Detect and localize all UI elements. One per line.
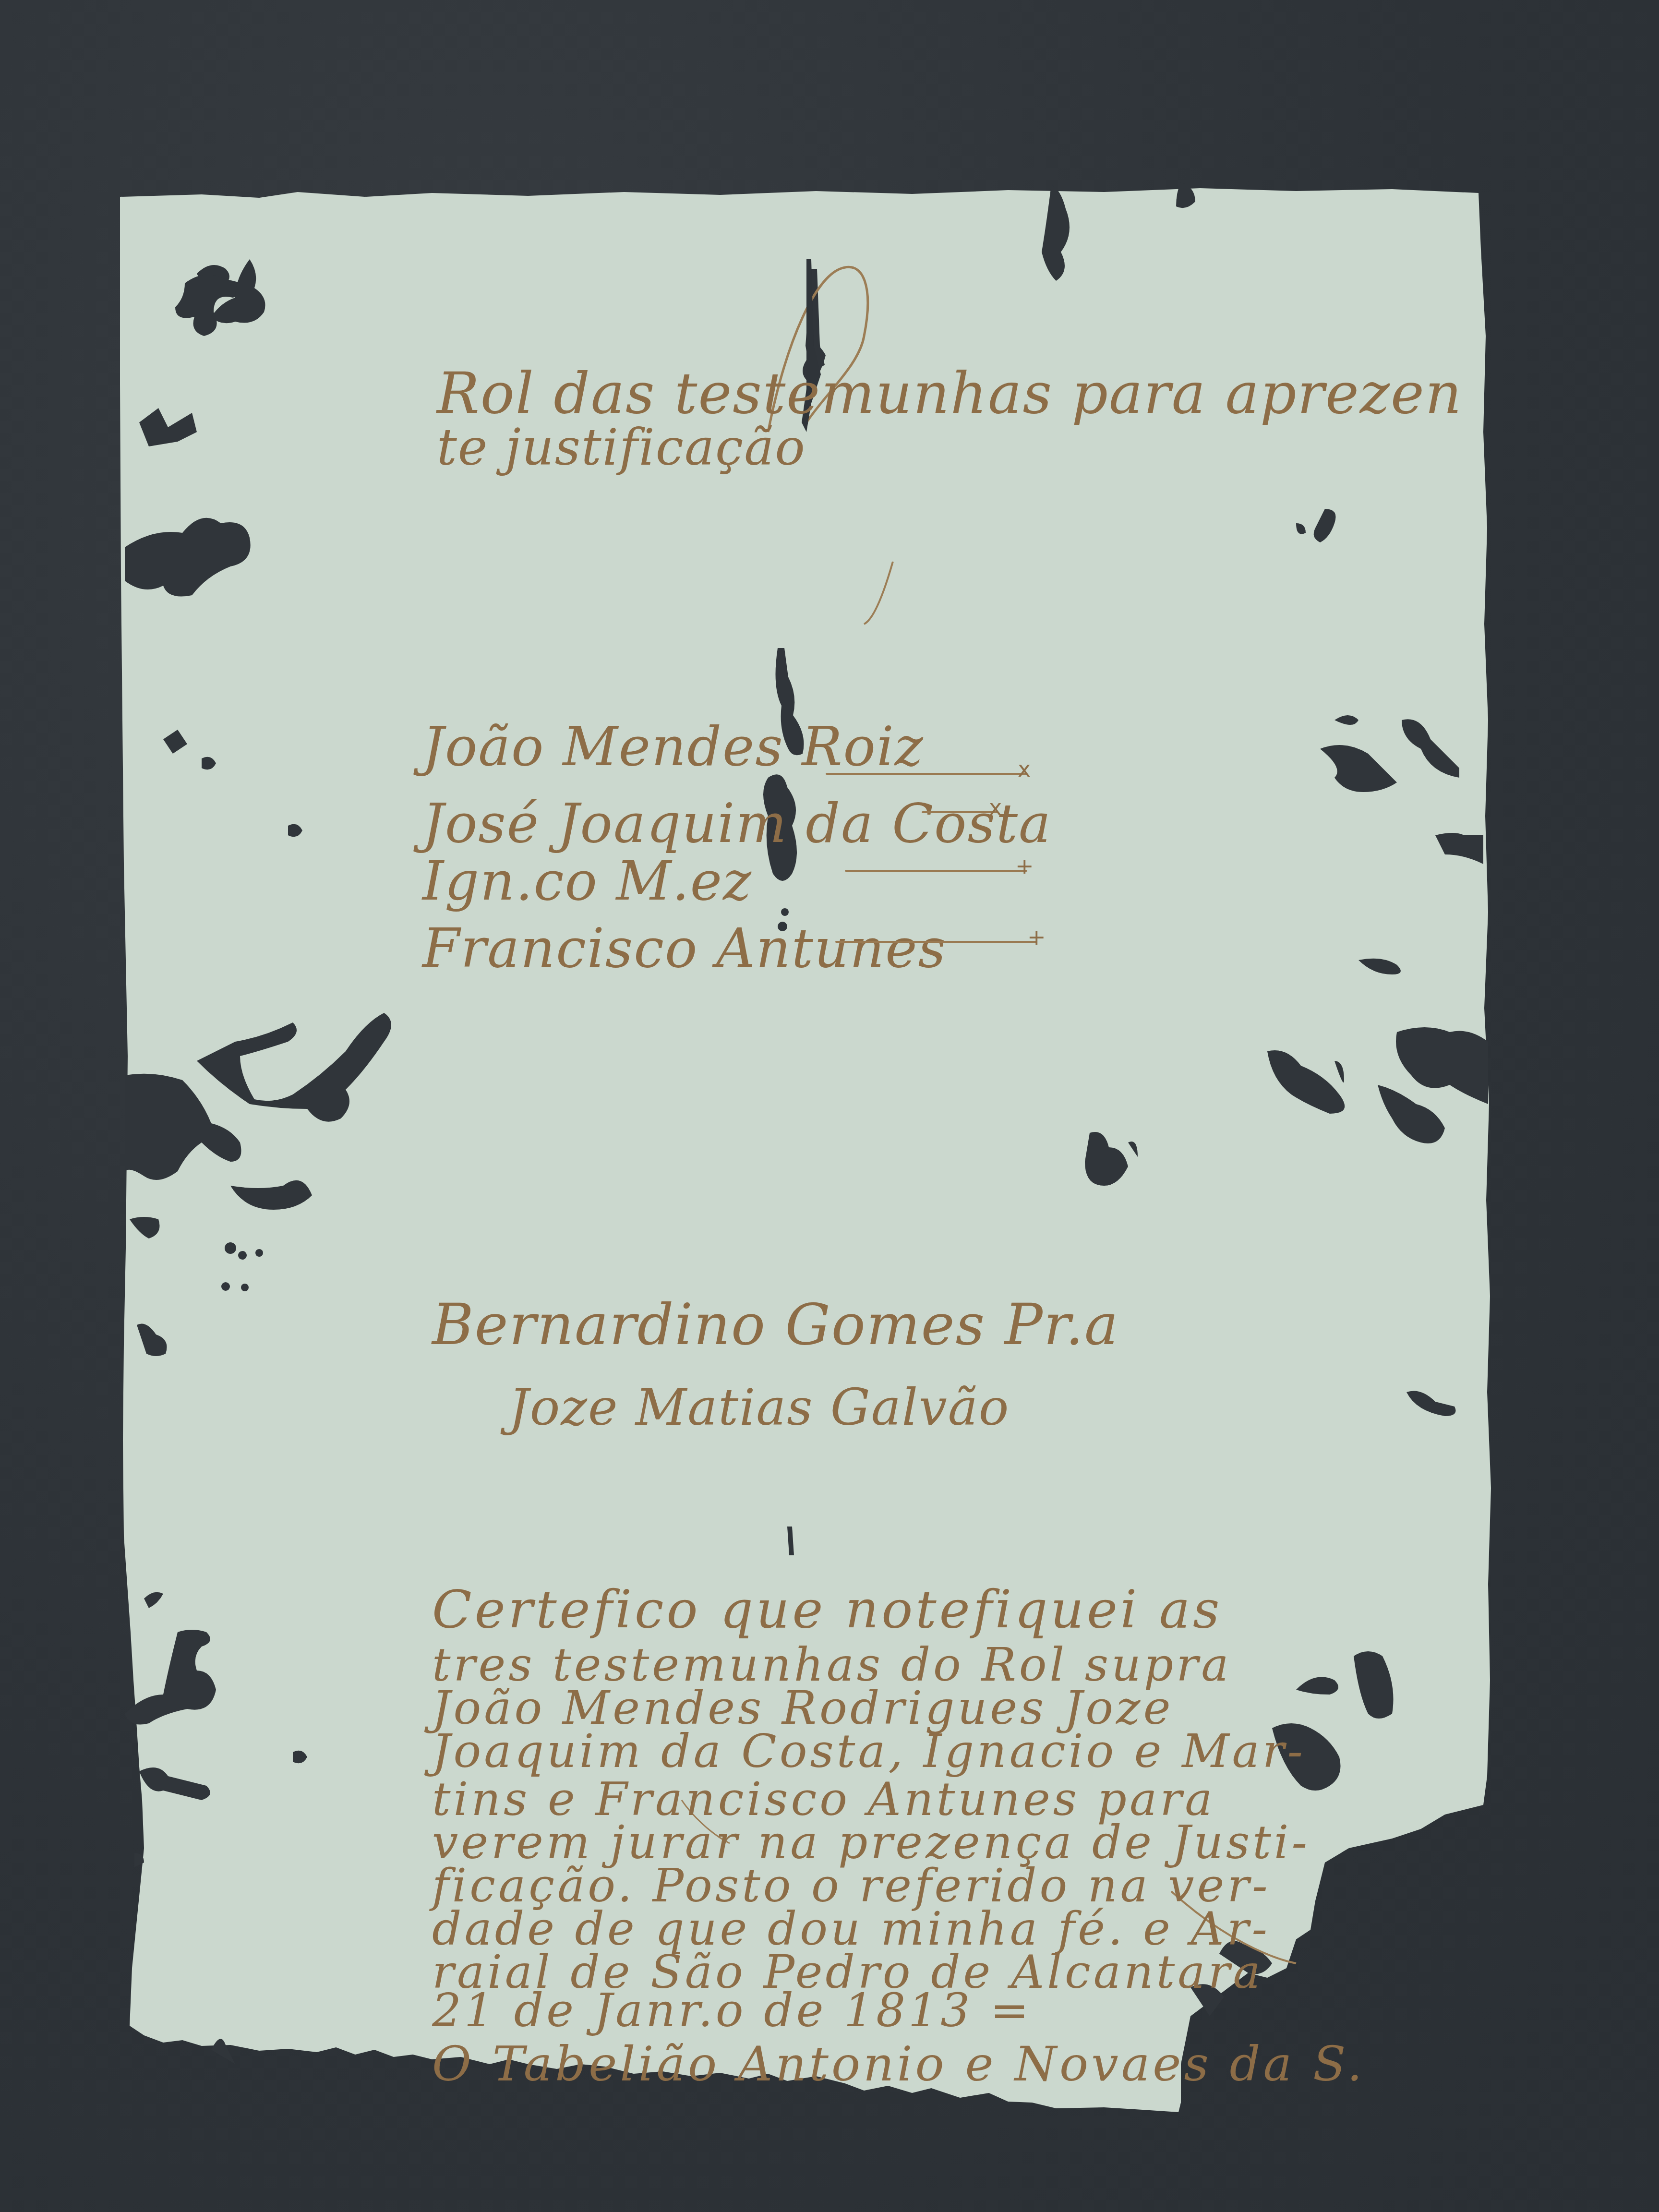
witness-1-name: João Mendes Roiz [422, 720, 924, 774]
witness-1-mark: x [1018, 756, 1031, 782]
witness-2-rule [922, 811, 998, 813]
witness-3-name: Ign.co M.ez [422, 854, 752, 908]
document-title-line-1: Rol das testemunhas para aprezen [437, 365, 1463, 421]
signatory-2: Joze Matias Galvão [509, 1382, 1010, 1432]
notary-closing: O Tabelião Antonio e Novaes da S. [432, 2040, 1365, 2088]
certificate-line-4: Joaquim da Costa, Ignacio e Mar- [432, 1728, 1306, 1774]
witness-4-rule [835, 941, 1037, 943]
manuscript-page: Rol das testemunhas para aprezen te just… [0, 0, 1659, 2212]
witness-2-name: José Joaquim da Costa [422, 797, 1052, 851]
certificate-line-10: 21 de Janr.o de 1813 = [432, 1987, 1032, 2033]
witness-1-rule [826, 773, 1027, 775]
witness-4-mark: + [1027, 924, 1046, 950]
witness-2-mark: x [989, 794, 1002, 820]
witness-3-mark: + [1015, 853, 1034, 879]
document-title-line-2: te justificação [437, 422, 806, 472]
witness-4-name: Francisco Antunes [422, 922, 947, 975]
certificate-line-1: Certefico que notefiquei as [432, 1584, 1222, 1636]
signatory-1: Bernardino Gomes Pr.a [432, 1296, 1119, 1353]
witness-3-rule [845, 870, 1027, 872]
